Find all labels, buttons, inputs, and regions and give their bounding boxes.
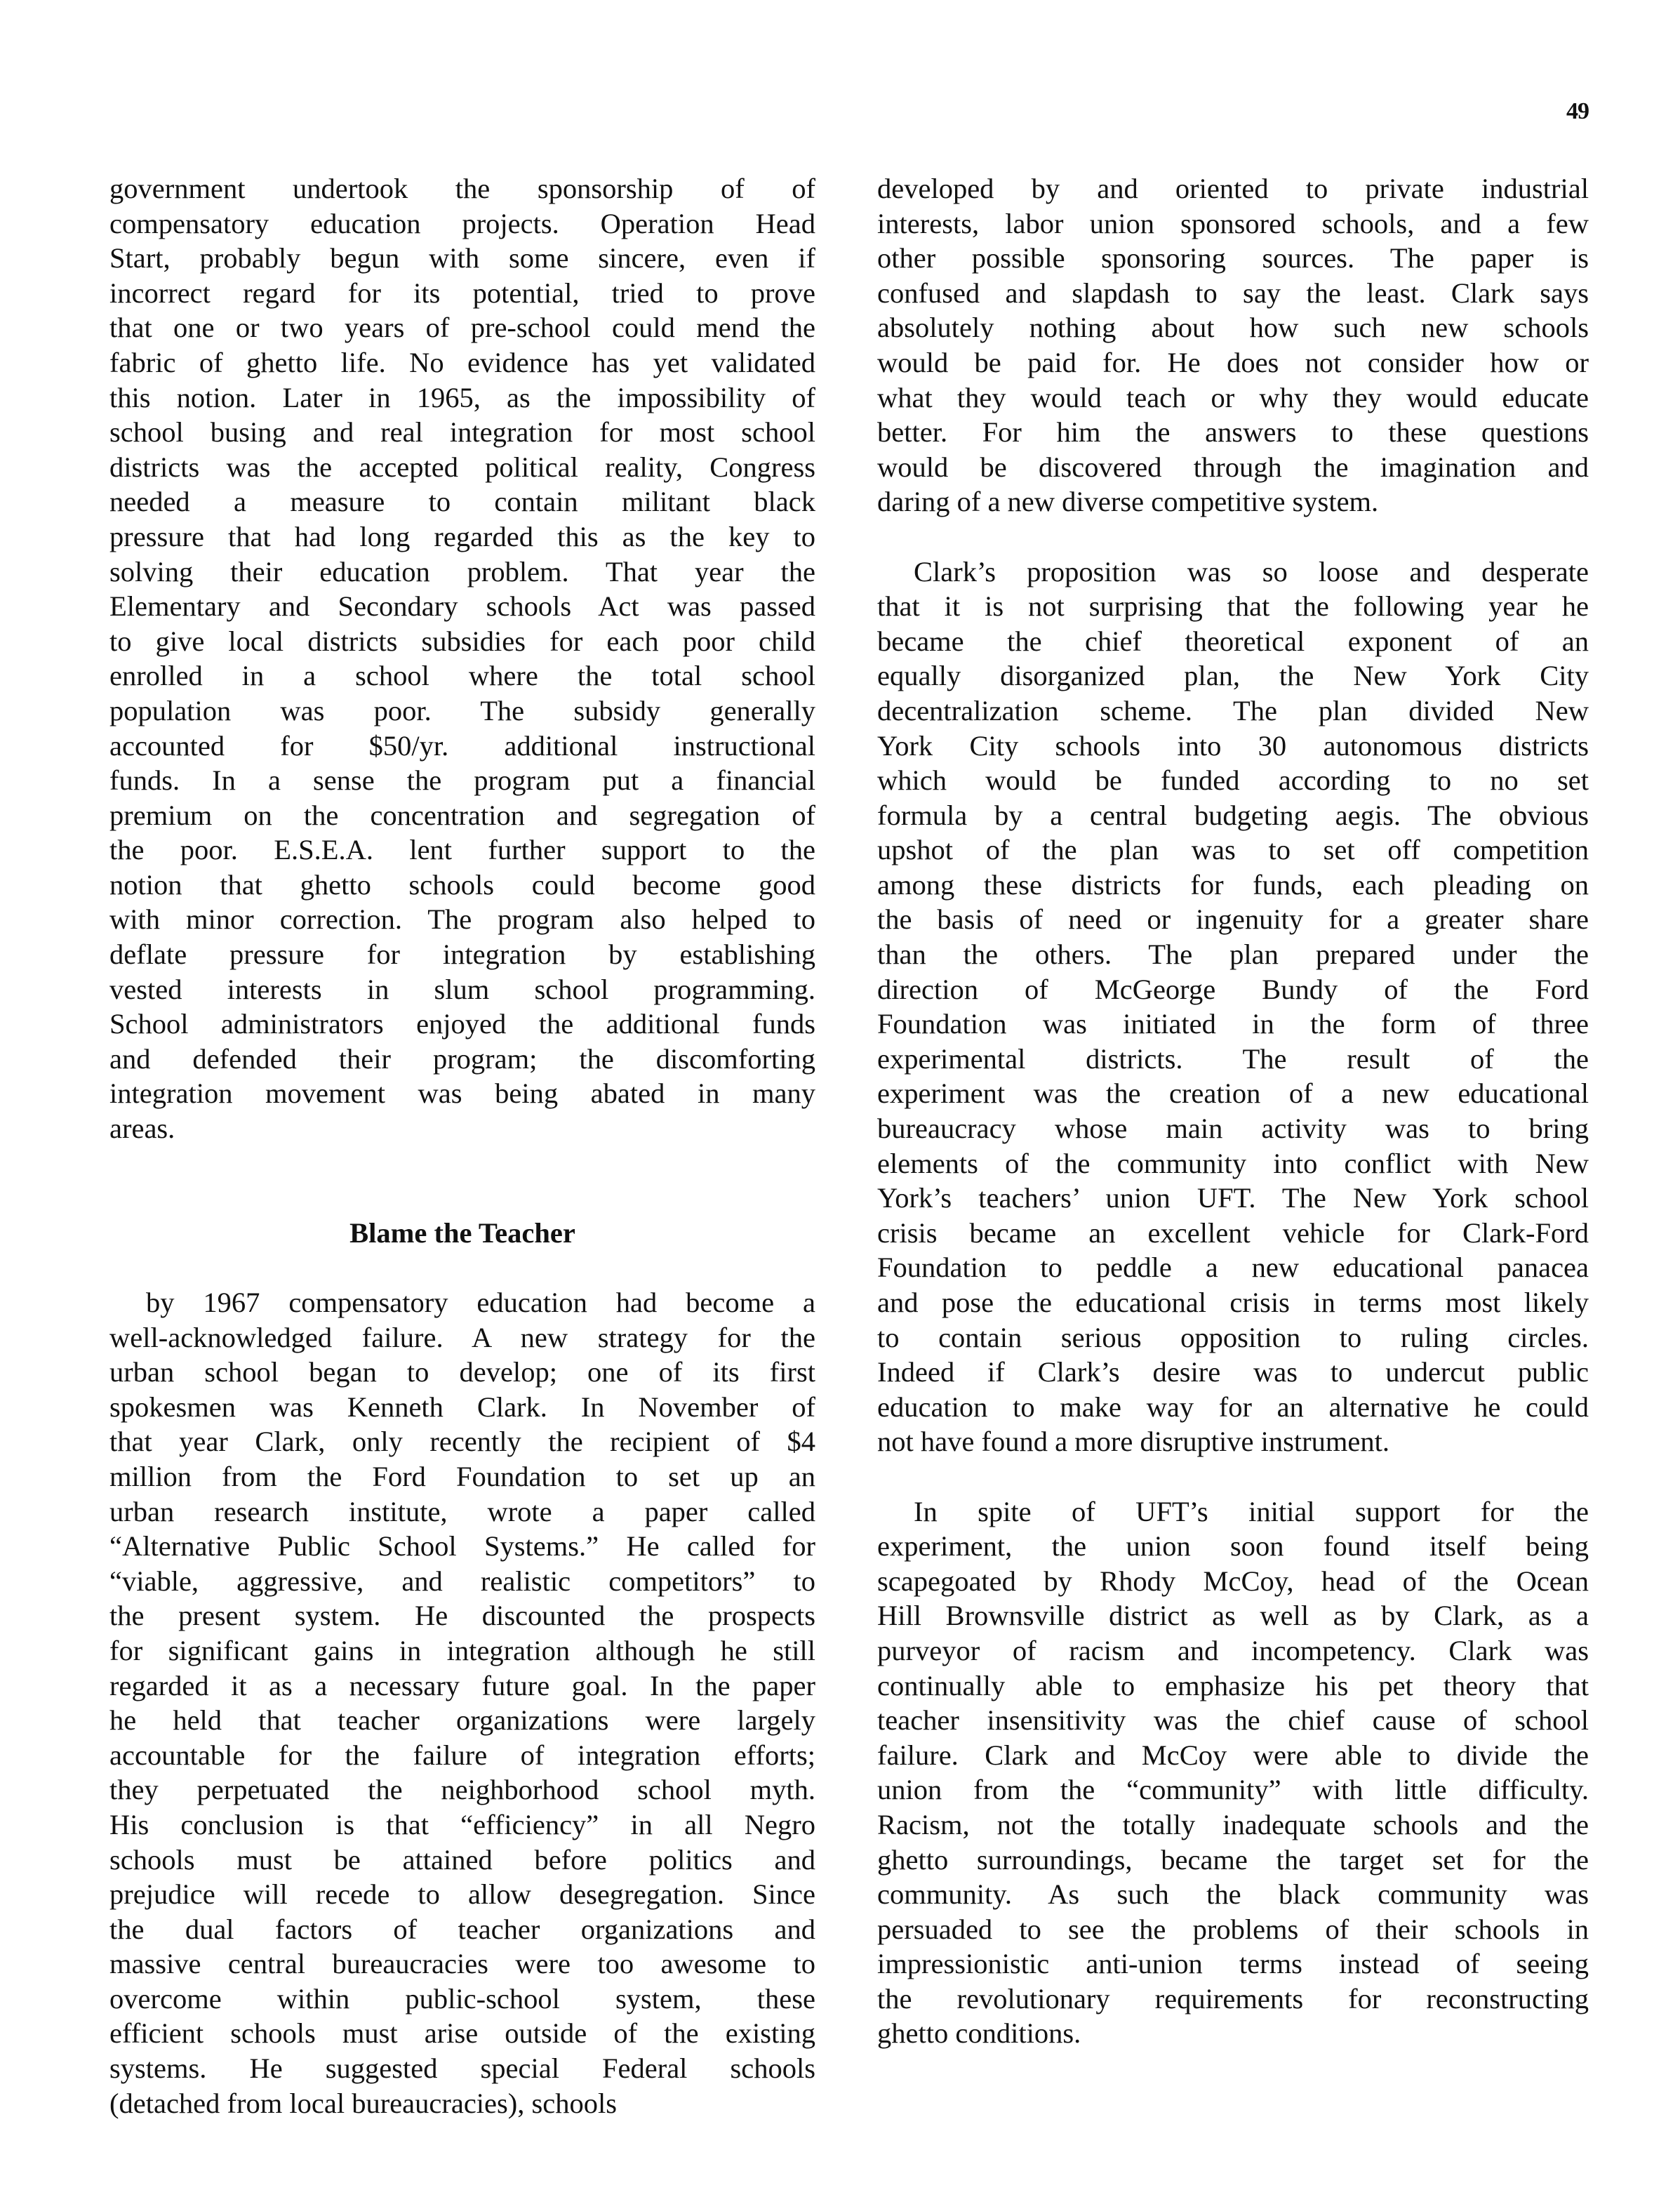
text-line: elements of the community into conflict … bbox=[877, 1146, 1589, 1181]
text-line: ghetto conditions. bbox=[877, 2016, 1589, 2051]
text-line: Start, probably begun with some sincere,… bbox=[109, 241, 815, 276]
text-line: formula by a central budgeting aegis. Th… bbox=[877, 798, 1589, 833]
text-line: notion that ghetto schools could become … bbox=[109, 868, 815, 903]
text-line: vested interests in slum school programm… bbox=[109, 972, 815, 1007]
text-line: Indeed if Clark’s desire was to undercut… bbox=[877, 1355, 1589, 1390]
text-line: union from the “community” with little d… bbox=[877, 1772, 1589, 1807]
text-line: prejudice will recede to allow desegrega… bbox=[109, 1877, 815, 1912]
text-line: solving their education problem. That ye… bbox=[109, 555, 815, 590]
text-line: York City schools into 30 autonomous dis… bbox=[877, 729, 1589, 764]
text-line: the present system. He discounted the pr… bbox=[109, 1598, 815, 1633]
text-line: teacher insensitivity was the chief caus… bbox=[877, 1703, 1589, 1738]
text-line: the dual factors of teacher organization… bbox=[109, 1912, 815, 1947]
text-line: the poor. E.S.E.A. lent further support … bbox=[109, 832, 815, 868]
text-line: urban school began to develop; one of it… bbox=[109, 1355, 815, 1390]
text-line: ghetto surroundings, became the target s… bbox=[877, 1843, 1589, 1878]
text-line: would be paid for. He does not consider … bbox=[877, 345, 1589, 380]
text-line: among these districts for funds, each pl… bbox=[877, 868, 1589, 903]
text-line: not have found a more disruptive instrum… bbox=[877, 1424, 1589, 1459]
text-line: would be discovered through the imaginat… bbox=[877, 450, 1589, 485]
text-line: deflate pressure for integration by esta… bbox=[109, 937, 815, 972]
text-line: which would be funded according to no se… bbox=[877, 763, 1589, 798]
text-line: continually able to emphasize his pet th… bbox=[877, 1668, 1589, 1704]
text-line: population was poor. The subsidy general… bbox=[109, 693, 815, 729]
text-line: regarded it as a necessary future goal. … bbox=[109, 1668, 815, 1704]
text-line: they perpetuated the neighborhood school… bbox=[109, 1772, 815, 1807]
text-line: community. As such the black community w… bbox=[877, 1877, 1589, 1912]
text-line: and pose the educational crisis in terms… bbox=[877, 1285, 1589, 1320]
text-line: integration movement was being abated in… bbox=[109, 1076, 815, 1111]
left-column: government undertook the sponsorship of … bbox=[109, 171, 815, 2121]
text-line: Racism, not the totally inadequate schoo… bbox=[877, 1807, 1589, 1843]
text-line: by 1967 compensatory education had becom… bbox=[109, 1285, 815, 1320]
text-line: well-acknowledged failure. A new strateg… bbox=[109, 1320, 815, 1355]
text-line: spokesmen was Kenneth Clark. In November… bbox=[109, 1390, 815, 1425]
text-line: to give local districts subsidies for ea… bbox=[109, 624, 815, 659]
paragraph-gap bbox=[109, 1250, 815, 1285]
paragraph-gap bbox=[109, 1181, 815, 1216]
text-line: incorrect regard for its potential, trie… bbox=[109, 276, 815, 311]
text-line: funds. In a sense the program put a fina… bbox=[109, 763, 815, 798]
text-line: Hill Brownsville district as well as by … bbox=[877, 1598, 1589, 1633]
text-line: compensatory education projects. Operati… bbox=[109, 206, 815, 241]
text-line: interests, labor union sponsored schools… bbox=[877, 206, 1589, 241]
text-line: education to make way for an alternative… bbox=[877, 1390, 1589, 1425]
text-line: bureaucracy whose main activity was to b… bbox=[877, 1111, 1589, 1146]
text-line: “viable, aggressive, and realistic compe… bbox=[109, 1564, 815, 1599]
paragraph-gap bbox=[877, 519, 1589, 555]
text-line: million from the Ford Foundation to set … bbox=[109, 1459, 815, 1494]
text-line: that year Clark, only recently the recip… bbox=[109, 1424, 815, 1459]
text-line: experimental districts. The result of th… bbox=[877, 1042, 1589, 1077]
paragraph-uft: In spite of UFT’s initial support for th… bbox=[877, 1494, 1589, 2052]
text-line: impressionistic anti-union terms instead… bbox=[877, 1946, 1589, 1982]
paragraph-blame-the-teacher: by 1967 compensatory education had becom… bbox=[109, 1285, 815, 2121]
text-line: accounted for $50/yr. additional instruc… bbox=[109, 729, 815, 764]
text-line: School administrators enjoyed the additi… bbox=[109, 1007, 815, 1042]
text-line: developed by and oriented to private ind… bbox=[877, 171, 1589, 206]
text-line: equally disorganized plan, the New York … bbox=[877, 658, 1589, 693]
text-line: fabric of ghetto life. No evidence has y… bbox=[109, 345, 815, 380]
text-line: Foundation was initiated in the form of … bbox=[877, 1007, 1589, 1042]
text-line: areas. bbox=[109, 1111, 815, 1146]
text-line: the basis of need or ingenuity for a gre… bbox=[877, 902, 1589, 937]
section-heading: Blame the Teacher bbox=[109, 1216, 815, 1251]
text-line: In spite of UFT’s initial support for th… bbox=[877, 1494, 1589, 1529]
text-line: decentralization scheme. The plan divide… bbox=[877, 693, 1589, 729]
text-line: needed a measure to contain militant bla… bbox=[109, 484, 815, 519]
text-line: and defended their program; the discomfo… bbox=[109, 1042, 815, 1077]
text-line: upshot of the plan was to set off compet… bbox=[877, 832, 1589, 868]
text-line: school busing and real integration for m… bbox=[109, 415, 815, 450]
paragraph-esea: government undertook the sponsorship of … bbox=[109, 171, 815, 1146]
text-line: better. For him the answers to these que… bbox=[877, 415, 1589, 450]
text-line: he held that teacher organizations were … bbox=[109, 1703, 815, 1738]
text-line: other possible sponsoring sources. The p… bbox=[877, 241, 1589, 276]
text-line: Foundation to peddle a new educational p… bbox=[877, 1250, 1589, 1285]
text-line: scapegoated by Rhody McCoy, head of the … bbox=[877, 1564, 1589, 1599]
text-line: that it is not surprising that the follo… bbox=[877, 589, 1589, 624]
text-line: the revolutionary requirements for recon… bbox=[877, 1982, 1589, 2017]
page-number: 49 bbox=[1566, 98, 1589, 125]
text-line: premium on the concentration and segrega… bbox=[109, 798, 815, 833]
paragraph-decentralization: Clark’s proposition was so loose and des… bbox=[877, 555, 1589, 1459]
text-line: became the chief theoretical exponent of… bbox=[877, 624, 1589, 659]
text-line: to contain serious opposition to ruling … bbox=[877, 1320, 1589, 1355]
text-line: districts was the accepted political rea… bbox=[109, 450, 815, 485]
text-line: His conclusion is that “efficiency” in a… bbox=[109, 1807, 815, 1843]
text-line: experiment, the union soon found itself … bbox=[877, 1529, 1589, 1564]
paragraph-gap bbox=[109, 1146, 815, 1181]
text-line: massive central bureaucracies were too a… bbox=[109, 1946, 815, 1982]
text-line: urban research institute, wrote a paper … bbox=[109, 1494, 815, 1529]
text-line: absolutely nothing about how such new sc… bbox=[877, 310, 1589, 345]
text-line: government undertook the sponsorship of … bbox=[109, 171, 815, 206]
text-line: pressure that had long regarded this as … bbox=[109, 519, 815, 555]
text-line: York’s teachers’ union UFT. The New York… bbox=[877, 1181, 1589, 1216]
text-line: that one or two years of pre-school coul… bbox=[109, 310, 815, 345]
text-line: experiment was the creation of a new edu… bbox=[877, 1076, 1589, 1111]
text-line: overcome within public-school system, th… bbox=[109, 1982, 815, 2017]
text-line: Elementary and Secondary schools Act was… bbox=[109, 589, 815, 624]
text-line: failure. Clark and McCoy were able to di… bbox=[877, 1738, 1589, 1773]
text-line: (detached from local bureaucracies), sch… bbox=[109, 2086, 815, 2121]
right-column: developed by and oriented to private ind… bbox=[877, 171, 1589, 2051]
text-line: than the others. The plan prepared under… bbox=[877, 937, 1589, 972]
paragraph-gap bbox=[877, 1459, 1589, 1494]
text-line: purveyor of racism and incompetency. Cla… bbox=[877, 1633, 1589, 1668]
text-line: crisis became an excellent vehicle for C… bbox=[877, 1216, 1589, 1251]
text-line: Clark’s proposition was so loose and des… bbox=[877, 555, 1589, 590]
text-line: efficient schools must arise outside of … bbox=[109, 2016, 815, 2051]
text-line: schools must be attained before politics… bbox=[109, 1843, 815, 1878]
text-line: daring of a new diverse competitive syst… bbox=[877, 484, 1589, 519]
text-line: with minor correction. The program also … bbox=[109, 902, 815, 937]
text-line: persuaded to see the problems of their s… bbox=[877, 1912, 1589, 1947]
text-line: for significant gains in integration alt… bbox=[109, 1633, 815, 1668]
text-line: “Alternative Public School Systems.” He … bbox=[109, 1529, 815, 1564]
text-line: direction of McGeorge Bundy of the Ford bbox=[877, 972, 1589, 1007]
text-line: this notion. Later in 1965, as the impos… bbox=[109, 380, 815, 416]
text-line: accountable for the failure of integrati… bbox=[109, 1738, 815, 1773]
text-line: what they would teach or why they would … bbox=[877, 380, 1589, 416]
text-line: systems. He suggested special Federal sc… bbox=[109, 2051, 815, 2086]
text-line: enrolled in a school where the total sch… bbox=[109, 658, 815, 693]
text-line: confused and slapdash to say the least. … bbox=[877, 276, 1589, 311]
paragraph-clark-paper: developed by and oriented to private ind… bbox=[877, 171, 1589, 519]
